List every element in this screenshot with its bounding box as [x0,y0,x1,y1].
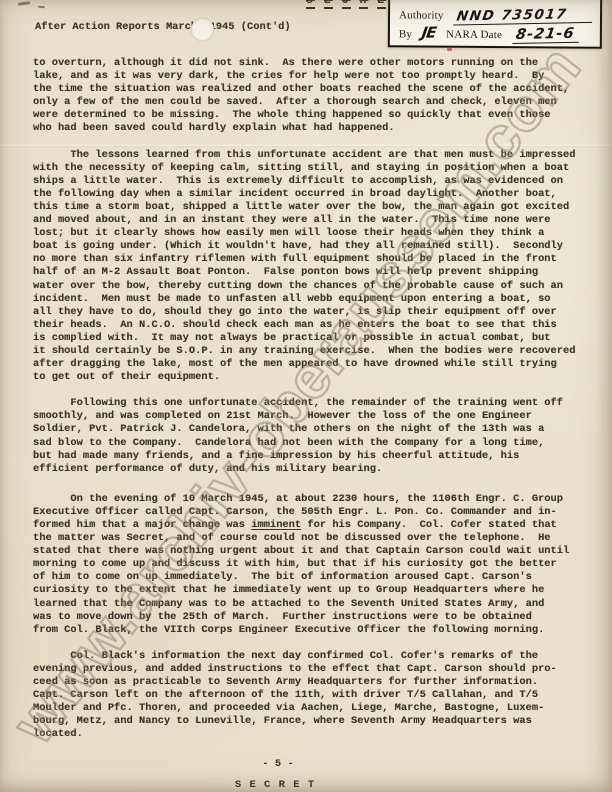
classification-letter: E [324,0,333,9]
underlined-word: imminent [251,519,301,531]
text-line: the time the situation was realized and … [33,83,593,96]
text-line: their heads. An N.C.O. should check each… [33,319,593,332]
text-line: evening previous, and added instructions… [33,663,593,676]
text-line: curiosity to the extent that he immediat… [33,584,593,597]
text-line: of him to come on up immediately. The bi… [33,571,593,584]
text-line: to overturn, although it did not sink. A… [33,57,593,70]
stamp-authority-row: Authority NND 735017 [399,5,596,24]
text-line: with the necessity of keeping calm, sitt… [33,162,593,175]
text-line: the matter was Secret, and of course cou… [33,532,593,545]
authority-value-handwritten: NND 735017 [454,6,595,26]
text-line: Capt. Carson left on the afternoon of th… [33,689,593,702]
text-line: lake, and as it was very dark, the cries… [33,70,593,83]
text-line: Soldier, Pvt. Patrick J. Candelora, with… [33,423,593,436]
text-line: who had been saved could hardly explain … [33,122,593,135]
text-line: Col. Black's information the next day co… [33,650,593,663]
paper-crease [0,144,612,148]
text-line: Executive Officer called Capt. Carson, t… [33,506,593,519]
nara-date-label: NARA Date [446,29,502,41]
text-line: from Col. Black, the VIIth Corps Enginee… [33,624,593,637]
paragraph: to overturn, although it did not sink. A… [33,57,593,136]
text-line: boat is going under. (Which it wouldn't … [33,240,593,253]
text-line: is complied with. It may not always be p… [33,332,593,345]
text-line: all they have to do, should they go into… [33,306,593,319]
classification-bottom: S E C R E T [175,779,375,791]
paragraph: Following this one unfortunate accident,… [33,397,593,476]
text-line: was to move down by the 25th of March. F… [33,611,593,624]
paper-speck [38,6,45,9]
text-line: learned that the Company was to be attac… [33,598,593,611]
body-text: to overturn, although it did not sink. A… [33,57,593,755]
date-value-handwritten: 8-21-6 [512,26,581,44]
text-line: smoothly, and was completed on 21st Marc… [33,410,593,423]
page-number: - 5 - [233,758,323,770]
by-initials-handwritten: JE [420,23,437,41]
declassification-stamp: Authority NND 735017 By JE NARA Date 8-2… [388,0,602,49]
text-line: half of an M-2 Assault Boat Ponton. Fals… [33,266,593,279]
text-line: ships a little water. This is extremely … [33,175,593,188]
classification-letter: E [377,0,386,9]
text-line: no more than six infantry riflemen with … [33,253,593,266]
text-line: sad blow to the Company. Candelora had n… [33,437,593,450]
classification-letter: C [342,0,351,9]
text-line: stated that there was nothing urgent abo… [33,545,593,558]
text-line: Moulder and Pfc. Thoren, and proceeded v… [33,702,593,715]
text-line: and moved about, and in an instant they … [33,214,593,227]
classification-letter: S [306,0,315,9]
text-line: Following this one unfortunate accident,… [33,397,593,410]
text-line: formed him that a major change was immin… [33,519,593,532]
text-line: morning to come up and discuss it with h… [33,558,593,571]
text-line: The lessons learned from this unfortunat… [33,149,593,162]
text-line: it should certainly be S.O.P. in any tra… [33,345,593,358]
hole-punch [191,18,214,41]
paragraph: Col. Black's information the next day co… [33,650,593,742]
text-line: after dragging the lake, most of the men… [33,358,593,371]
text-line: only a few of the men could be saved. Af… [33,96,593,109]
text-line: lost; but it clearly shows how easily me… [33,227,593,240]
text-line: water over the bow, thereby cutting down… [33,280,593,293]
authority-label: Authority [399,9,444,21]
paragraph: The lessons learned from this unfortunat… [33,149,593,385]
page-header: After Action Reports March, 1945 (Cont'd… [35,21,291,33]
text-line: but had made many friends, and a fine im… [33,450,593,463]
text-line: located. [33,728,593,741]
text-line: to get out of their equipment. [33,371,593,384]
text-line: incident. Men must be made to unfasten a… [33,293,593,306]
text-line: this time a storm boat, shipped a little… [33,201,593,214]
text-line: were determined to be missing. The whole… [33,109,593,122]
document-page: S E C R E T After Action Reports March, … [0,0,612,792]
text-line: On the evening of 10 March 1945, at abou… [33,493,593,506]
text-line: ceed as soon as practicable to Seventh A… [33,676,593,689]
red-ink-speck [447,48,452,51]
paragraph: On the evening of 10 March 1945, at abou… [33,493,593,637]
classification-letter: R [359,0,368,9]
stamp-by-row: By JE NARA Date 8-21-6 [399,23,596,43]
text-line: bourg, Metz, and Nancy to Luneville, Fra… [33,715,593,728]
text-line: the following day when a similar inciden… [33,188,593,201]
by-label: By [399,28,412,40]
paper-speck [18,1,30,6]
text-line: efficient performance of duty, and his m… [33,463,593,476]
